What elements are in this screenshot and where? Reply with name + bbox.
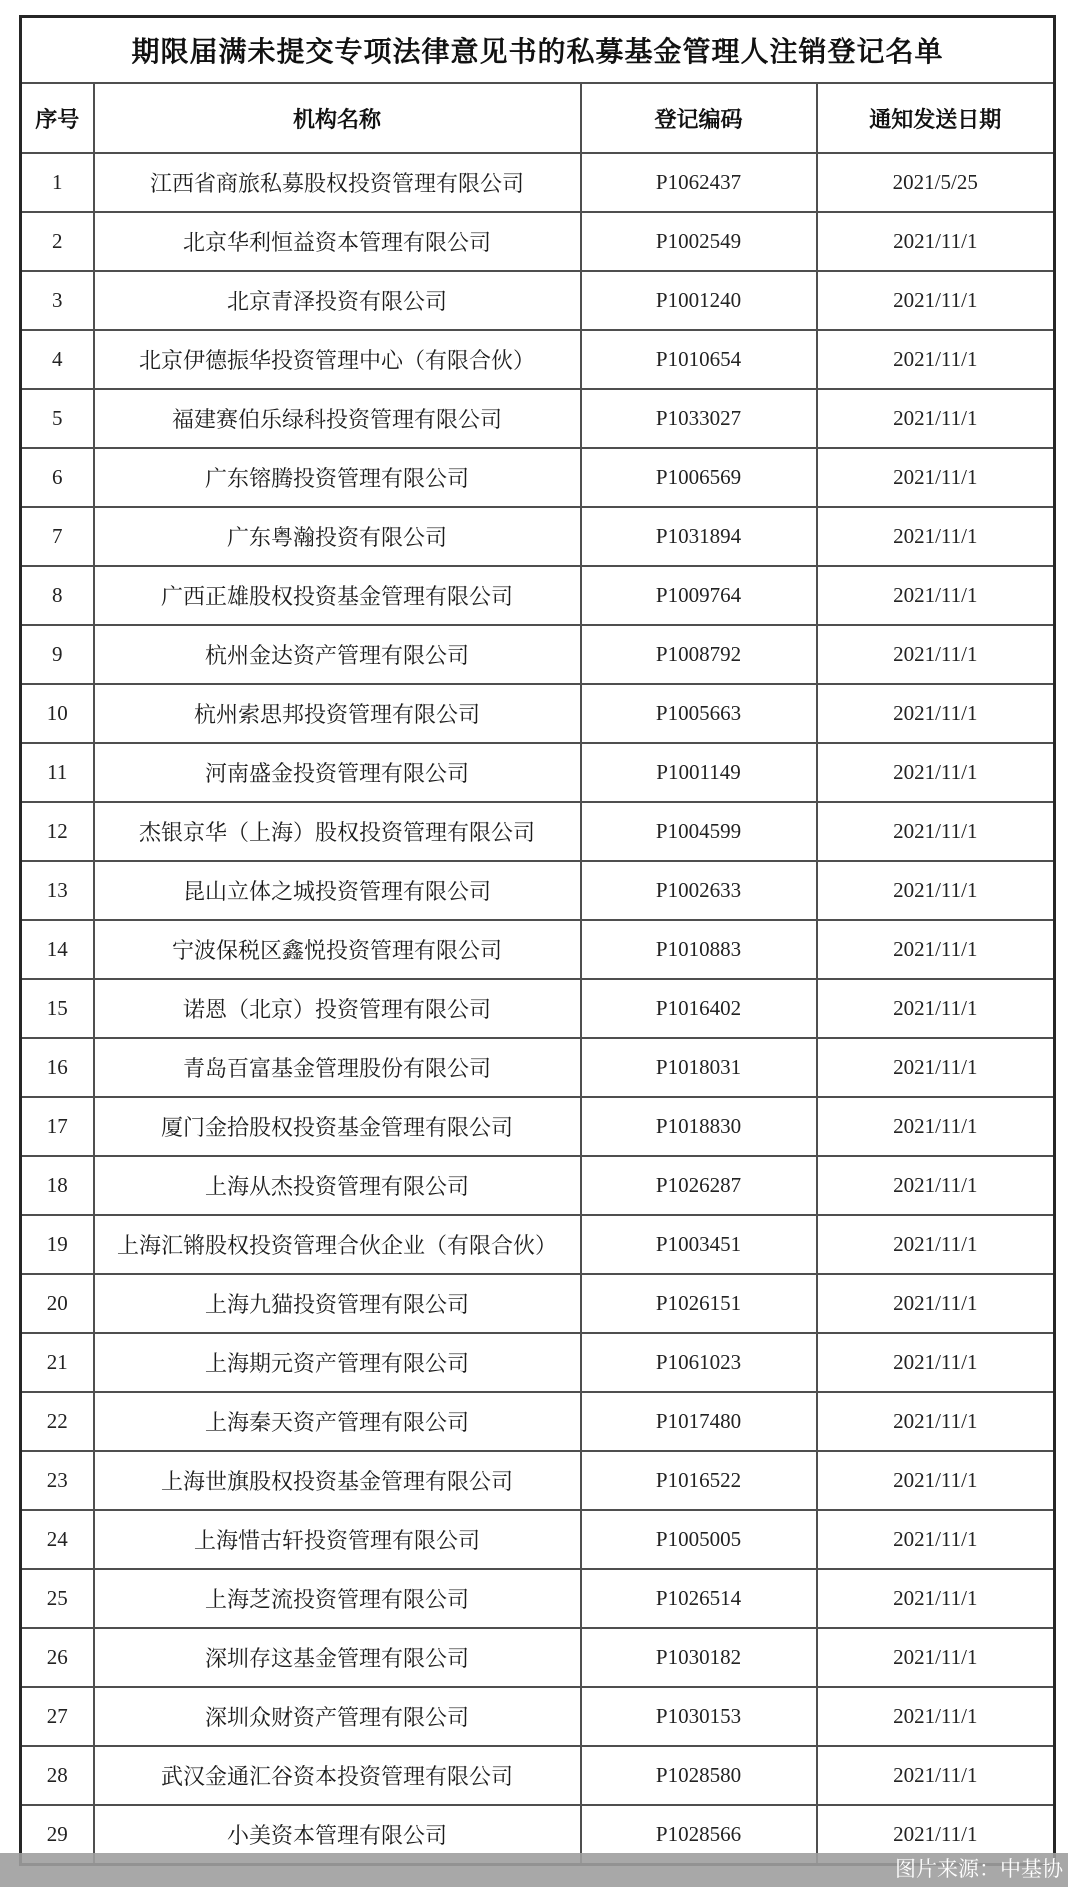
table-row: 5福建赛伯乐绿科投资管理有限公司P10330272021/11/1 (21, 389, 1055, 448)
table-row: 8广西正雄股权投资基金管理有限公司P10097642021/11/1 (21, 566, 1055, 625)
row-index: 12 (21, 802, 94, 861)
notice-date: 2021/11/1 (817, 1333, 1055, 1392)
registration-code: P1028580 (581, 1746, 817, 1805)
notice-date: 2021/11/1 (817, 1687, 1055, 1746)
notice-date: 2021/11/1 (817, 1569, 1055, 1628)
row-index: 19 (21, 1215, 94, 1274)
registration-code: P1016402 (581, 979, 817, 1038)
registration-code: P1002633 (581, 861, 817, 920)
table-row: 10杭州索思邦投资管理有限公司P10056632021/11/1 (21, 684, 1055, 743)
org-name: 青岛百富基金管理股份有限公司 (94, 1038, 581, 1097)
row-index: 2 (21, 212, 94, 271)
registration-code: P1010654 (581, 330, 817, 389)
notice-date: 2021/11/1 (817, 1156, 1055, 1215)
org-name: 江西省商旅私募股权投资管理有限公司 (94, 153, 581, 212)
notice-date: 2021/11/1 (817, 1274, 1055, 1333)
org-name: 武汉金通汇谷资本投资管理有限公司 (94, 1746, 581, 1805)
row-index: 26 (21, 1628, 94, 1687)
row-index: 23 (21, 1451, 94, 1510)
table-row: 21上海期元资产管理有限公司P10610232021/11/1 (21, 1333, 1055, 1392)
registration-code: P1016522 (581, 1451, 817, 1510)
notice-date: 2021/11/1 (817, 684, 1055, 743)
row-index: 27 (21, 1687, 94, 1746)
org-name: 上海九猫投资管理有限公司 (94, 1274, 581, 1333)
table-row: 14宁波保税区鑫悦投资管理有限公司P10108832021/11/1 (21, 920, 1055, 979)
table-row: 12杰银京华（上海）股权投资管理有限公司P10045992021/11/1 (21, 802, 1055, 861)
notice-date: 2021/11/1 (817, 1746, 1055, 1805)
table-title-row: 期限届满未提交专项法律意见书的私募基金管理人注销登记名单 (21, 17, 1055, 84)
registration-code: P1010883 (581, 920, 817, 979)
row-index: 22 (21, 1392, 94, 1451)
table-row: 24上海惜古轩投资管理有限公司P10050052021/11/1 (21, 1510, 1055, 1569)
registration-code: P1005663 (581, 684, 817, 743)
table-row: 6广东镕腾投资管理有限公司P10065692021/11/1 (21, 448, 1055, 507)
registration-code: P1030153 (581, 1687, 817, 1746)
row-index: 4 (21, 330, 94, 389)
org-name: 宁波保税区鑫悦投资管理有限公司 (94, 920, 581, 979)
table-row: 18上海从杰投资管理有限公司P10262872021/11/1 (21, 1156, 1055, 1215)
column-header-3: 通知发送日期 (817, 83, 1055, 153)
table-row: 4北京伊德振华投资管理中心（有限合伙）P10106542021/11/1 (21, 330, 1055, 389)
notice-date: 2021/11/1 (817, 271, 1055, 330)
registration-code: P1001240 (581, 271, 817, 330)
registration-code: P1006569 (581, 448, 817, 507)
row-index: 24 (21, 1510, 94, 1569)
registration-code: P1031894 (581, 507, 817, 566)
row-index: 7 (21, 507, 94, 566)
registration-code: P1026514 (581, 1569, 817, 1628)
registration-code: P1003451 (581, 1215, 817, 1274)
row-index: 20 (21, 1274, 94, 1333)
table-row: 20上海九猫投资管理有限公司P10261512021/11/1 (21, 1274, 1055, 1333)
registration-code: P1004599 (581, 802, 817, 861)
image-source-credit: 图片来源：中基协 (895, 1853, 1063, 1887)
notice-date: 2021/11/1 (817, 1510, 1055, 1569)
row-index: 14 (21, 920, 94, 979)
registration-code: P1001149 (581, 743, 817, 802)
org-name: 上海秦天资产管理有限公司 (94, 1392, 581, 1451)
row-index: 18 (21, 1156, 94, 1215)
org-name: 深圳存这基金管理有限公司 (94, 1628, 581, 1687)
org-name: 诺恩（北京）投资管理有限公司 (94, 979, 581, 1038)
image-source-bar: 图片来源：中基协 (0, 1853, 1068, 1887)
org-name: 上海芝流投资管理有限公司 (94, 1569, 581, 1628)
registration-code: P1062437 (581, 153, 817, 212)
row-index: 11 (21, 743, 94, 802)
org-name: 北京伊德振华投资管理中心（有限合伙） (94, 330, 581, 389)
registration-code: P1061023 (581, 1333, 817, 1392)
registration-code: P1002549 (581, 212, 817, 271)
row-index: 13 (21, 861, 94, 920)
row-index: 16 (21, 1038, 94, 1097)
org-name: 上海期元资产管理有限公司 (94, 1333, 581, 1392)
notice-date: 2021/11/1 (817, 920, 1055, 979)
table-row: 11河南盛金投资管理有限公司P10011492021/11/1 (21, 743, 1055, 802)
registration-code: P1026151 (581, 1274, 817, 1333)
row-index: 9 (21, 625, 94, 684)
table-row: 7广东粤瀚投资有限公司P10318942021/11/1 (21, 507, 1055, 566)
row-index: 1 (21, 153, 94, 212)
notice-date: 2021/5/25 (817, 153, 1055, 212)
row-index: 28 (21, 1746, 94, 1805)
org-name: 广西正雄股权投资基金管理有限公司 (94, 566, 581, 625)
org-name: 厦门金拾股权投资基金管理有限公司 (94, 1097, 581, 1156)
registration-code: P1017480 (581, 1392, 817, 1451)
table-row: 22上海秦天资产管理有限公司P10174802021/11/1 (21, 1392, 1055, 1451)
notice-date: 2021/11/1 (817, 979, 1055, 1038)
notice-date: 2021/11/1 (817, 1097, 1055, 1156)
row-index: 8 (21, 566, 94, 625)
notice-date: 2021/11/1 (817, 1392, 1055, 1451)
registration-code: P1018830 (581, 1097, 817, 1156)
row-index: 25 (21, 1569, 94, 1628)
org-name: 福建赛伯乐绿科投资管理有限公司 (94, 389, 581, 448)
notice-date: 2021/11/1 (817, 566, 1055, 625)
notice-date: 2021/11/1 (817, 330, 1055, 389)
notice-date: 2021/11/1 (817, 389, 1055, 448)
table-row: 15诺恩（北京）投资管理有限公司P10164022021/11/1 (21, 979, 1055, 1038)
column-header-1: 机构名称 (94, 83, 581, 153)
notice-date: 2021/11/1 (817, 1628, 1055, 1687)
row-index: 17 (21, 1097, 94, 1156)
org-name: 杭州金达资产管理有限公司 (94, 625, 581, 684)
notice-date: 2021/11/1 (817, 625, 1055, 684)
registration-code: P1026287 (581, 1156, 817, 1215)
org-name: 北京华利恒益资本管理有限公司 (94, 212, 581, 271)
org-name: 昆山立体之城投资管理有限公司 (94, 861, 581, 920)
org-name: 上海惜古轩投资管理有限公司 (94, 1510, 581, 1569)
notice-date: 2021/11/1 (817, 212, 1055, 271)
org-name: 杭州索思邦投资管理有限公司 (94, 684, 581, 743)
org-name: 广东粤瀚投资有限公司 (94, 507, 581, 566)
column-header-2: 登记编码 (581, 83, 817, 153)
notice-date: 2021/11/1 (817, 802, 1055, 861)
table-row: 3北京青泽投资有限公司P10012402021/11/1 (21, 271, 1055, 330)
org-name: 广东镕腾投资管理有限公司 (94, 448, 581, 507)
table-row: 16青岛百富基金管理股份有限公司P10180312021/11/1 (21, 1038, 1055, 1097)
table-row: 26深圳存这基金管理有限公司P10301822021/11/1 (21, 1628, 1055, 1687)
registration-code: P1009764 (581, 566, 817, 625)
table-row: 1江西省商旅私募股权投资管理有限公司P10624372021/5/25 (21, 153, 1055, 212)
notice-date: 2021/11/1 (817, 448, 1055, 507)
notice-date: 2021/11/1 (817, 507, 1055, 566)
table-row: 9杭州金达资产管理有限公司P10087922021/11/1 (21, 625, 1055, 684)
registration-code: P1008792 (581, 625, 817, 684)
row-index: 5 (21, 389, 94, 448)
table-row: 27深圳众财资产管理有限公司P10301532021/11/1 (21, 1687, 1055, 1746)
table-header-row: 序号机构名称登记编码通知发送日期 (21, 83, 1055, 153)
row-index: 10 (21, 684, 94, 743)
row-index: 15 (21, 979, 94, 1038)
notice-date: 2021/11/1 (817, 743, 1055, 802)
registration-code: P1005005 (581, 1510, 817, 1569)
page: 期限届满未提交专项法律意见书的私募基金管理人注销登记名单 序号机构名称登记编码通… (0, 0, 1068, 1887)
table-row: 2北京华利恒益资本管理有限公司P10025492021/11/1 (21, 212, 1055, 271)
deregistration-table: 期限届满未提交专项法律意见书的私募基金管理人注销登记名单 序号机构名称登记编码通… (19, 15, 1056, 1866)
table-title: 期限届满未提交专项法律意见书的私募基金管理人注销登记名单 (21, 17, 1055, 84)
table-row: 23上海世旗股权投资基金管理有限公司P10165222021/11/1 (21, 1451, 1055, 1510)
column-header-0: 序号 (21, 83, 94, 153)
table-row: 28武汉金通汇谷资本投资管理有限公司P10285802021/11/1 (21, 1746, 1055, 1805)
row-index: 3 (21, 271, 94, 330)
registration-code: P1033027 (581, 389, 817, 448)
org-name: 上海汇锵股权投资管理合伙企业（有限合伙） (94, 1215, 581, 1274)
org-name: 深圳众财资产管理有限公司 (94, 1687, 581, 1746)
table-row: 17厦门金拾股权投资基金管理有限公司P10188302021/11/1 (21, 1097, 1055, 1156)
row-index: 21 (21, 1333, 94, 1392)
notice-date: 2021/11/1 (817, 1038, 1055, 1097)
org-name: 上海世旗股权投资基金管理有限公司 (94, 1451, 581, 1510)
org-name: 河南盛金投资管理有限公司 (94, 743, 581, 802)
notice-date: 2021/11/1 (817, 1215, 1055, 1274)
registration-code: P1018031 (581, 1038, 817, 1097)
table-row: 13昆山立体之城投资管理有限公司P10026332021/11/1 (21, 861, 1055, 920)
org-name: 杰银京华（上海）股权投资管理有限公司 (94, 802, 581, 861)
org-name: 上海从杰投资管理有限公司 (94, 1156, 581, 1215)
table-row: 19上海汇锵股权投资管理合伙企业（有限合伙）P10034512021/11/1 (21, 1215, 1055, 1274)
notice-date: 2021/11/1 (817, 1451, 1055, 1510)
registration-code: P1030182 (581, 1628, 817, 1687)
notice-date: 2021/11/1 (817, 861, 1055, 920)
table-row: 25上海芝流投资管理有限公司P10265142021/11/1 (21, 1569, 1055, 1628)
row-index: 6 (21, 448, 94, 507)
org-name: 北京青泽投资有限公司 (94, 271, 581, 330)
